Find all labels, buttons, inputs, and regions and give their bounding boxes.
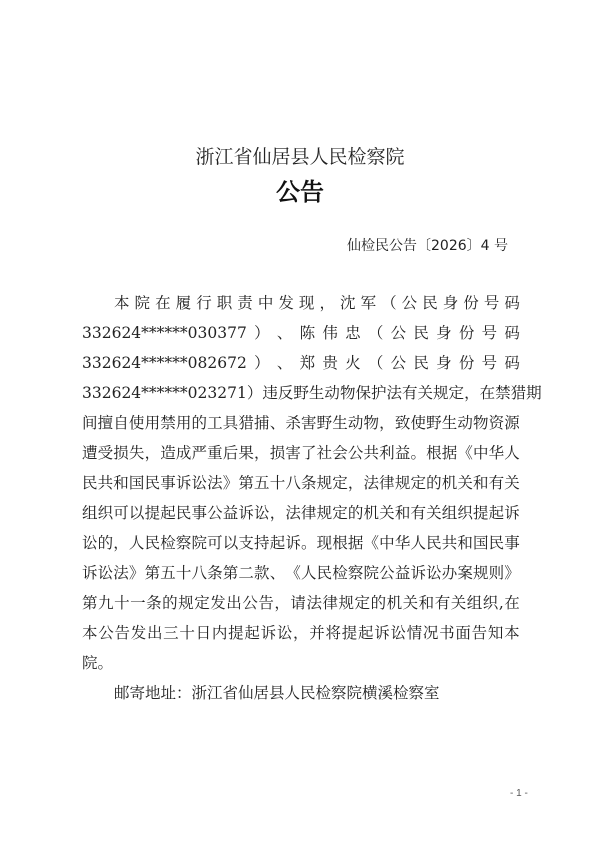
body-line: 诉讼法》第五十八条第二款、《人民检察院公益诉讼办案规则》 xyxy=(82,558,520,588)
body-line: 本公告发出三十日内提起诉讼，并将提起诉讼情况书面告知本 xyxy=(82,618,520,648)
organization-title: 浙江省仙居县人民检察院 xyxy=(0,142,600,169)
body-line: 院。 xyxy=(82,648,520,678)
page-number: - 1 - xyxy=(510,788,528,799)
body-line: 讼的，人民检察院可以支持起诉。现根据《中华人民共和国民事 xyxy=(82,528,520,558)
document-number: 仙检民公告〔2026〕4 号 xyxy=(347,235,508,255)
body-line: 间擅自使用禁用的工具猎捕、杀害野生动物，致使野生动物资源 xyxy=(82,408,520,438)
document-title: 公告 xyxy=(0,172,600,207)
body-line: 332624******082672）、郑贵火（公民身份号码 xyxy=(82,348,520,378)
body-line: 332624******023271）违反野生动物保护法有关规定，在禁猎期 xyxy=(82,378,520,408)
body-line: 332624******030377）、陈伟忠（公民身份号码 xyxy=(82,318,520,348)
mailing-address: 邮寄地址：浙江省仙居县人民检察院横溪检察室 xyxy=(82,678,520,708)
body-line: 本院在履行职责中发现，沈军（公民身份号码 xyxy=(82,288,520,318)
body-line: 遭受损失，造成严重后果，损害了社会公共利益。根据《中华人 xyxy=(82,438,520,468)
body-line: 民共和国民事诉讼法》第五十八条规定，法律规定的机关和有关 xyxy=(82,468,520,498)
body-line: 组织可以提起民事公益诉讼，法律规定的机关和有关组织提起诉 xyxy=(82,498,520,528)
announcement-body: 本院在履行职责中发现，沈军（公民身份号码 332624******030377）… xyxy=(82,288,520,708)
document-page: 浙江省仙居县人民检察院 公告 仙检民公告〔2026〕4 号 本院在履行职责中发现… xyxy=(0,0,600,848)
body-line: 第九十一条的规定发出公告，请法律规定的机关和有关组织,在 xyxy=(82,588,520,618)
